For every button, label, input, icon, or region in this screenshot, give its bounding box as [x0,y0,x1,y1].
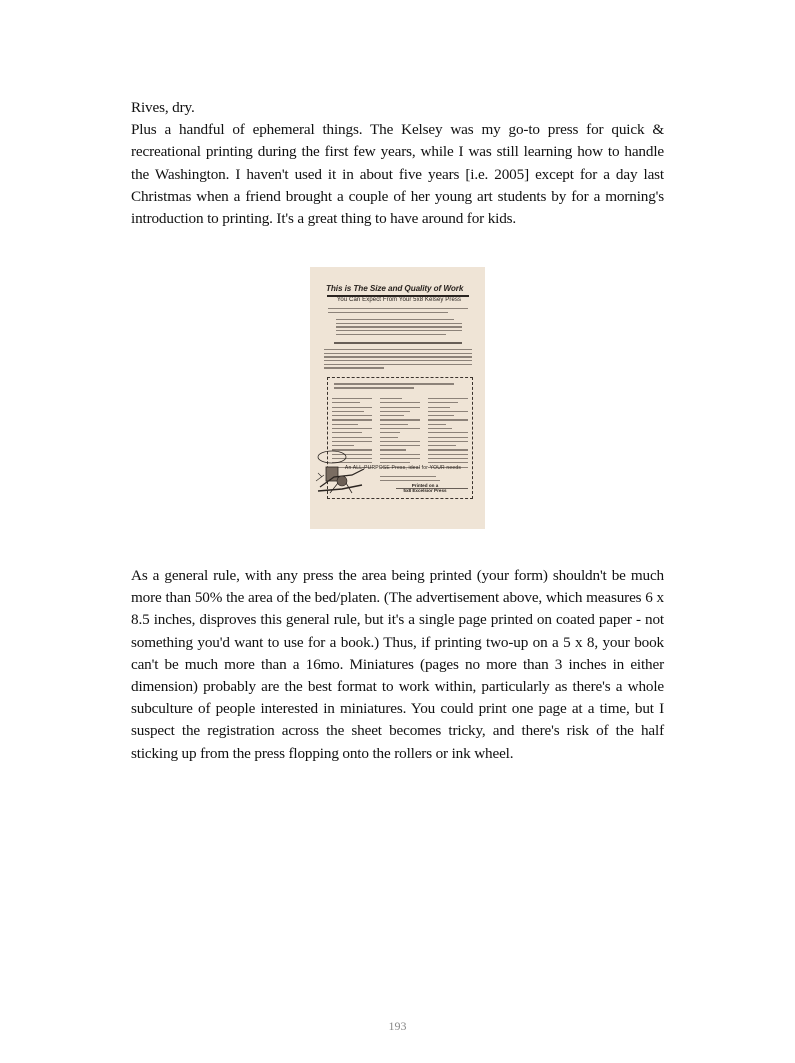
paragraph-kelsey: Plus a handful of ephemeral things. The … [131,119,664,230]
ad-section-heading [334,342,462,346]
ad-subtitle: You Can Expect From Your 5x8 Kelsey Pres… [334,297,464,303]
document-page: Rives, dry. Plus a handful of ephemeral … [0,0,795,1063]
ad-title: This is The Size and Quality of Work [326,284,470,293]
page-number: 193 [0,1019,795,1034]
ad-testimonial-text [336,319,462,337]
paragraph-general-rule: As a general rule, with any press the ar… [131,565,664,765]
advertisement: This is The Size and Quality of Work You… [310,267,485,529]
ad-body-text [324,349,472,371]
top-text-block: Rives, dry. Plus a handful of ephemeral … [131,97,664,230]
kelsey-advertisement-image: This is The Size and Quality of Work You… [310,267,485,529]
ad-printed-on-note: Printed on a 5x8 Excelsior Press [385,483,465,493]
bottom-text-block: As a general rule, with any press the ar… [131,565,664,765]
ad-intro-text [328,308,468,315]
printing-press-illustration-icon [312,447,372,497]
ad-box-heading [334,383,454,391]
ad-printed-on-line2: 5x8 Excelsior Press [385,488,465,493]
paragraph-rives: Rives, dry. [131,97,664,119]
